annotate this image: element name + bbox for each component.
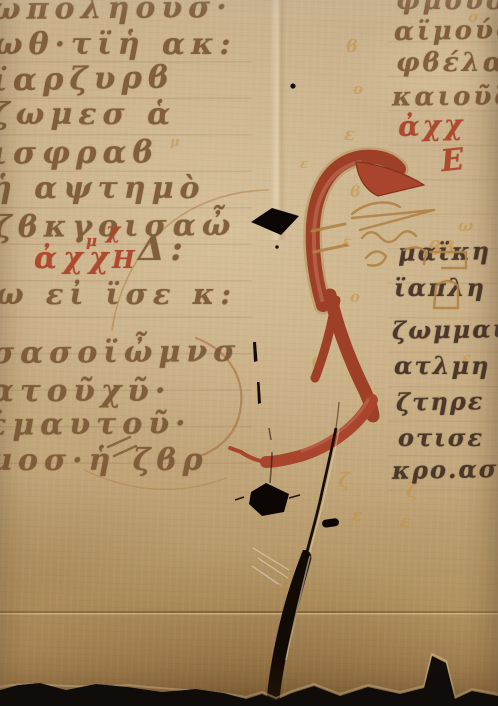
torn-edge-rim	[0, 654, 498, 698]
figure-outline-underlay	[313, 157, 399, 305]
text-line: ωπολἡουσ·	[0, 0, 233, 25]
crack-hairline	[336, 402, 339, 428]
scored-ruling-line	[0, 611, 498, 613]
text-line: ζ	[338, 470, 350, 490]
text-line: ϐ	[350, 184, 361, 200]
crack-line	[307, 428, 336, 552]
text-line: ϐ	[346, 38, 358, 56]
text-line: ο	[353, 82, 363, 97]
text-line: ε	[342, 234, 352, 250]
manuscript-photo: ϐοεϐεοζεζεσωϐϐμεϐοε ωπολἡουσ·ωθ·τϊἡ ακ:ϊ…	[0, 0, 498, 706]
text-line: ε	[352, 508, 362, 525]
bottom-hole	[249, 483, 289, 516]
parchment-leaf: ϐοεϐεοζεζεσωϐϐμεϐοε ωπολἡουσ·ωθ·τϊἡ ακ:ϊ…	[0, 0, 498, 706]
pinhole	[290, 83, 295, 88]
text-line: ε	[300, 158, 308, 171]
ruling-lines-left	[0, 26, 252, 494]
text-line: ϐ	[312, 356, 321, 370]
text-line: ο	[350, 290, 360, 305]
black-dash-hole	[322, 518, 340, 528]
figure-leg	[266, 400, 372, 462]
slit-hole	[253, 342, 258, 362]
scratches	[252, 548, 289, 584]
tear-gap	[266, 550, 311, 706]
figure-hip	[330, 295, 373, 416]
figure-neck	[313, 157, 399, 305]
fold-ridge	[270, 0, 286, 240]
text-line: ε	[344, 126, 355, 144]
ruling-lines-right	[388, 8, 498, 494]
text-line: ε	[400, 514, 410, 531]
